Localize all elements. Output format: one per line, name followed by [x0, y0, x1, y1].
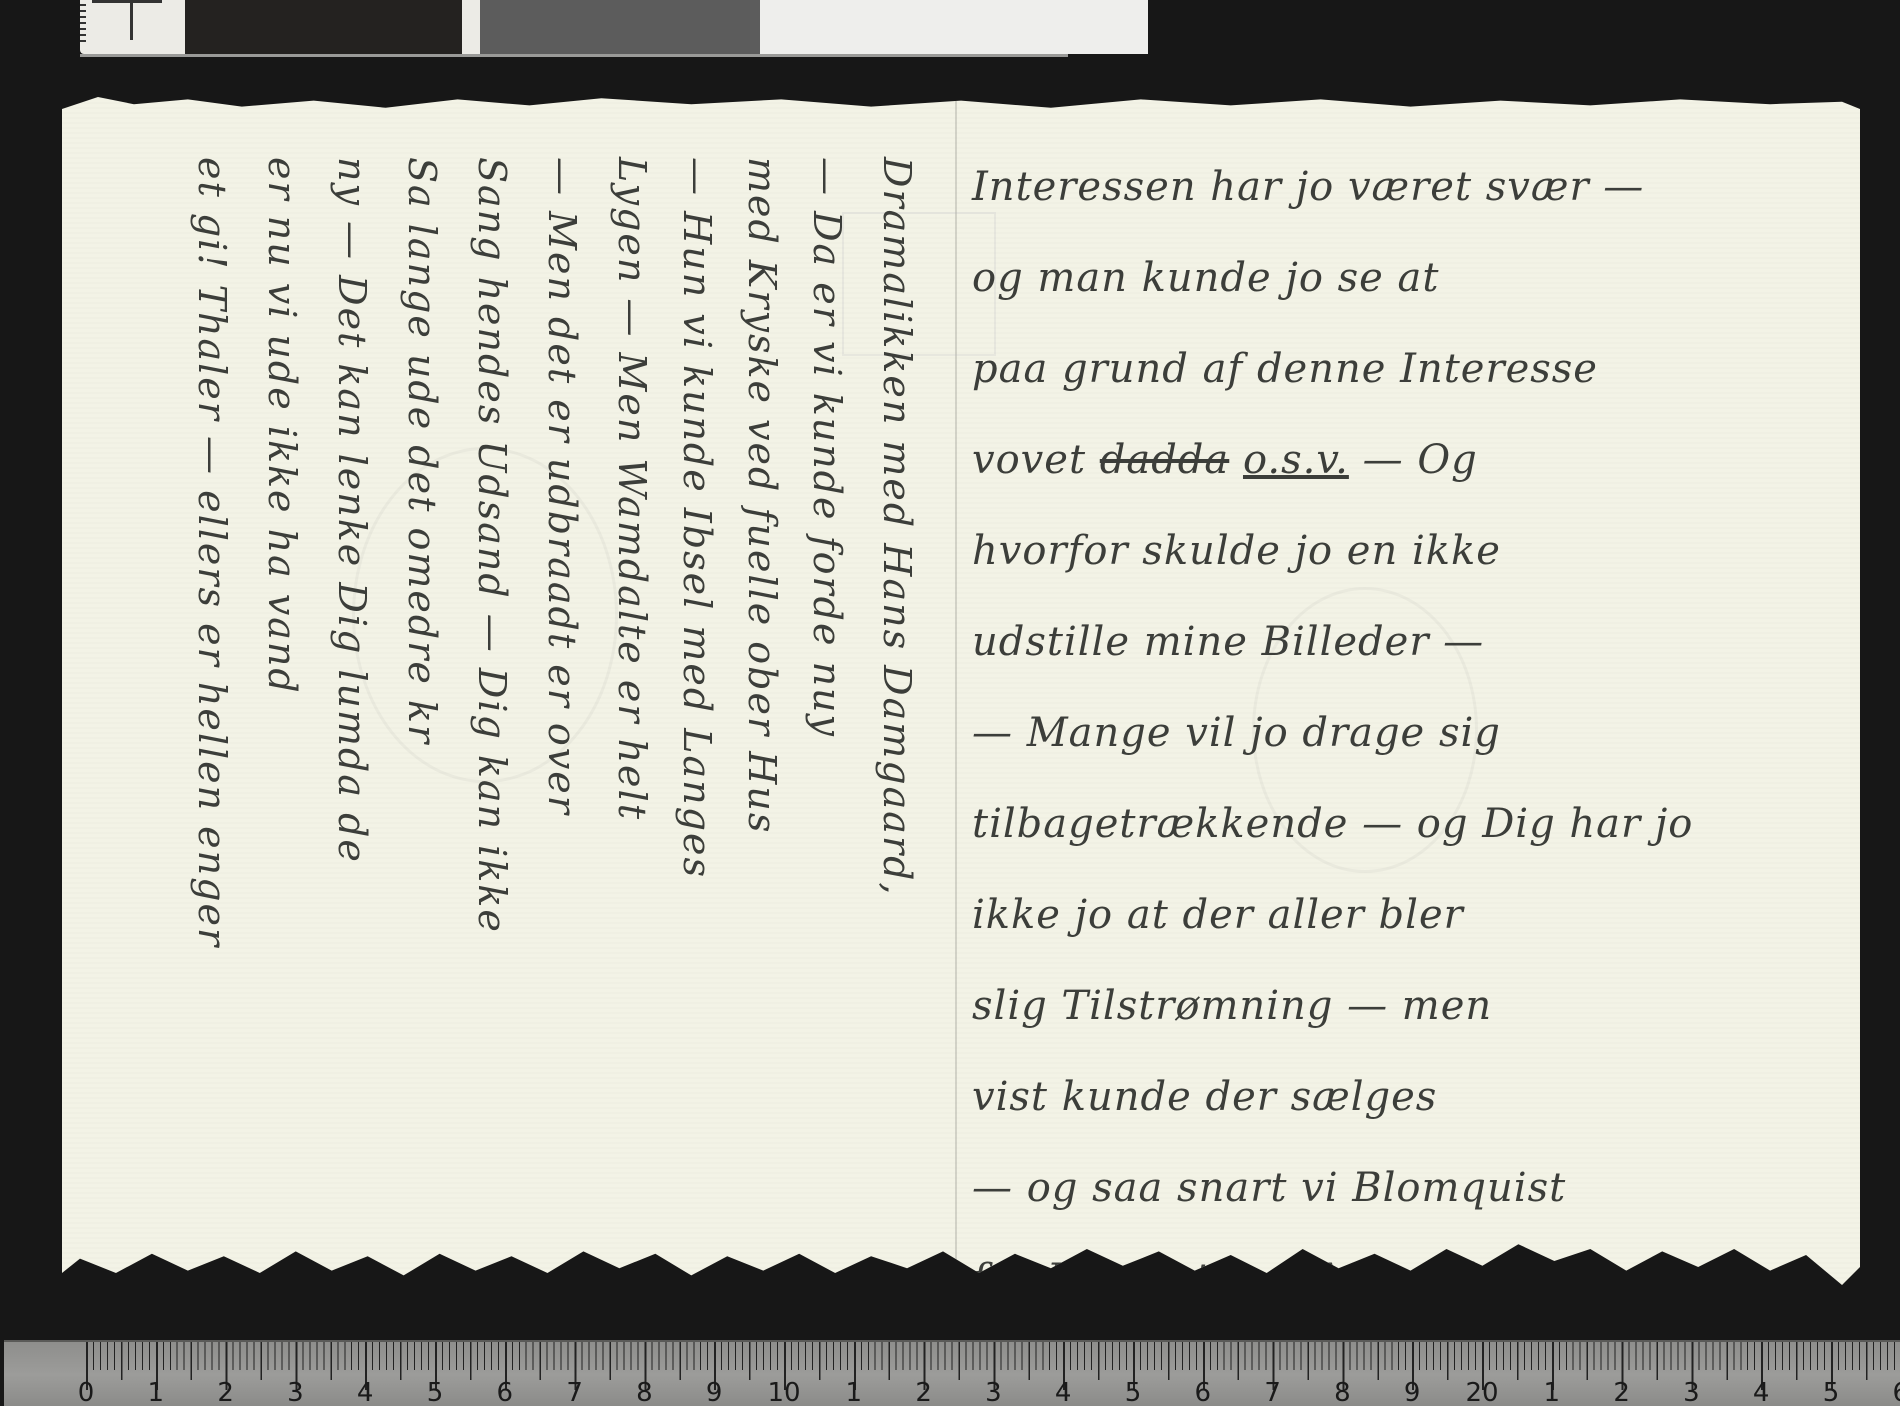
left-line-5: Lygen — Men Wamdalte er helt — [602, 157, 662, 1277]
right-line-4: vovet dadda o.s.v. — Og — [972, 415, 1792, 506]
ruler-label: 3 — [985, 1378, 1002, 1406]
ruler-label: 1 — [1544, 1378, 1561, 1406]
right-line-11: vist kunde der sælges — [972, 1052, 1792, 1143]
left-line-1: Dramalikken med Hans Damgaard, — [867, 157, 927, 1277]
ruler-label: 3 — [1683, 1378, 1700, 1406]
crosshair-icon-horizontal — [92, 0, 162, 3]
left-line-4: — Hun vi kunde Ibsel med Langes — [667, 157, 727, 1277]
ruler-label: 8 — [1334, 1378, 1351, 1406]
ruler-label: 9 — [1404, 1378, 1421, 1406]
crosshair-icon-vertical — [130, 0, 133, 40]
ruler-label: 4 — [1055, 1378, 1072, 1406]
calibration-grey-patch — [480, 0, 760, 54]
right-line-8: tilbagetrækkende — og Dig har jo — [972, 779, 1792, 870]
ruler-label: 7 — [566, 1378, 583, 1406]
left-line-2: — Da er vi kunde forde nuy — [797, 157, 857, 1277]
struck-word: dadda — [1100, 437, 1230, 483]
ruler-label: 3 — [287, 1378, 304, 1406]
left-line-9: ny — Det kan lenke Dig lumda de — [322, 157, 382, 1277]
right-line-10: slig Tilstrømning — men — [972, 961, 1792, 1052]
word: vovet — [972, 437, 1086, 483]
right-line-13: for Procenter = Man vil — [972, 1234, 1792, 1325]
left-line-8: Sa lange ude det omedre kr — [392, 157, 452, 1277]
ruler-label: 7 — [1264, 1378, 1281, 1406]
calibration-white-separator — [462, 0, 480, 54]
ruler-label: 6 — [497, 1378, 514, 1406]
calibration-card-edge — [80, 54, 1068, 57]
word: — Og — [1363, 437, 1478, 483]
ruler-label: 20 — [1465, 1378, 1498, 1406]
calibration-tick-marks — [80, 4, 86, 42]
ruler-label: 5 — [1823, 1378, 1840, 1406]
left-page-rotated-text: Dramalikken med Hans Damgaard, — Da er v… — [92, 157, 952, 1307]
right-line-9: ikke jo at der aller bler — [972, 870, 1792, 961]
color-calibration-card — [80, 0, 1068, 56]
ruler-label: 5 — [1125, 1378, 1142, 1406]
left-line-6: — Men det er udbraadt er over — [532, 157, 592, 1277]
calibration-white-patch-with-cross — [80, 0, 185, 54]
right-line-12: — og saa snart vi Blomquist — [972, 1143, 1792, 1234]
right-line-2: og man kunde jo se at — [972, 233, 1792, 324]
ruler-label: 1 — [846, 1378, 863, 1406]
right-line-5: hvorfor skulde jo en ikke — [972, 506, 1792, 597]
ruler-label: 8 — [636, 1378, 653, 1406]
ruler-label: 4 — [1753, 1378, 1770, 1406]
right-line-3: paa grund af denne Interesse — [972, 324, 1792, 415]
calibration-black-patch — [185, 0, 462, 54]
left-line-7: Sang hendes Udsand — Dig kan ikke — [462, 157, 522, 1277]
ruler-label: 1 — [148, 1378, 165, 1406]
right-line-7: — Mange vil jo drage sig — [972, 688, 1792, 779]
ruler-label: 9 — [706, 1378, 723, 1406]
calibration-white-patch — [760, 0, 1148, 54]
measuring-ruler: 01234567891012345678920123456 — [4, 1340, 1900, 1406]
ruler-label: 6 — [1893, 1378, 1900, 1406]
letter-sheet: Dramalikken med Hans Damgaard, — Da er v… — [62, 97, 1860, 1297]
ruler-label: 4 — [357, 1378, 374, 1406]
left-line-3: med Kryske ved fuelle ober Hus — [732, 157, 792, 1277]
right-line-1: Interessen har jo været svær — — [972, 142, 1792, 233]
left-line-11: et gi! Thaler — ellers er hellen enger — [182, 157, 242, 1277]
ruler-label: 6 — [1195, 1378, 1212, 1406]
ruler-label: 2 — [915, 1378, 932, 1406]
right-page-text: Interessen har jo været svær — og man ku… — [972, 142, 1792, 1325]
right-line-6: udstille mine Billeder — — [972, 597, 1792, 688]
underlined-abbrev: o.s.v. — [1243, 437, 1349, 483]
ruler-label: 2 — [217, 1378, 234, 1406]
ruler-label: 0 — [78, 1378, 95, 1406]
ruler-label: 10 — [767, 1378, 800, 1406]
ruler-label: 2 — [1613, 1378, 1630, 1406]
ruler-label: 5 — [427, 1378, 444, 1406]
left-line-10: er nu vi ude ikke ha vand — [252, 157, 312, 1277]
